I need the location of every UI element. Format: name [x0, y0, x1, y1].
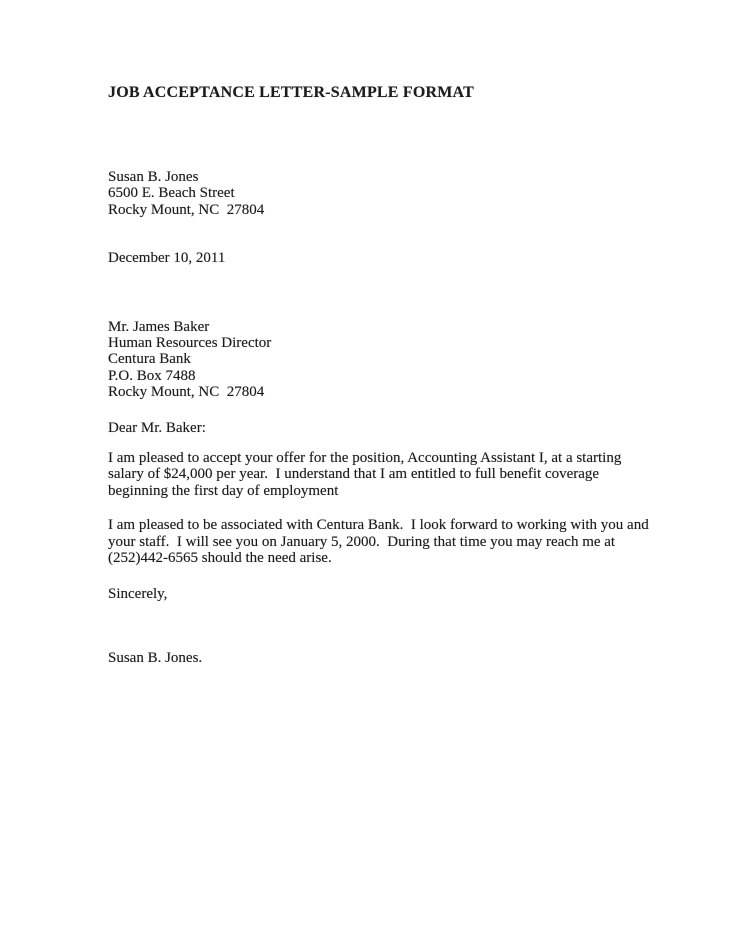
recipient-company: Centura Bank	[108, 351, 666, 367]
sender-city-state-zip: Rocky Mount, NC 27804	[108, 202, 666, 218]
salutation: Dear Mr. Baker:	[108, 420, 666, 436]
recipient-job-title: Human Resources Director	[108, 335, 666, 351]
sender-name: Susan B. Jones	[108, 169, 666, 185]
body-paragraph-1: I am pleased to accept your offer for th…	[108, 450, 660, 499]
body-paragraph-2: I am pleased to be associated with Centu…	[108, 517, 660, 566]
closing: Sincerely,	[108, 586, 666, 602]
letter-title: JOB ACCEPTANCE LETTER-SAMPLE FORMAT	[108, 84, 666, 102]
recipient-address: Mr. James Baker Human Resources Director…	[108, 319, 666, 401]
recipient-city-state-zip: Rocky Mount, NC 27804	[108, 384, 666, 400]
letter-page: JOB ACCEPTANCE LETTER-SAMPLE FORMAT Susa…	[0, 0, 736, 952]
signature-name: Susan B. Jones.	[108, 650, 666, 666]
sender-street: 6500 E. Beach Street	[108, 185, 666, 201]
recipient-name: Mr. James Baker	[108, 319, 666, 335]
recipient-po-box: P.O. Box 7488	[108, 368, 666, 384]
sender-address: Susan B. Jones 6500 E. Beach Street Rock…	[108, 169, 666, 218]
letter-date: December 10, 2011	[108, 250, 666, 266]
